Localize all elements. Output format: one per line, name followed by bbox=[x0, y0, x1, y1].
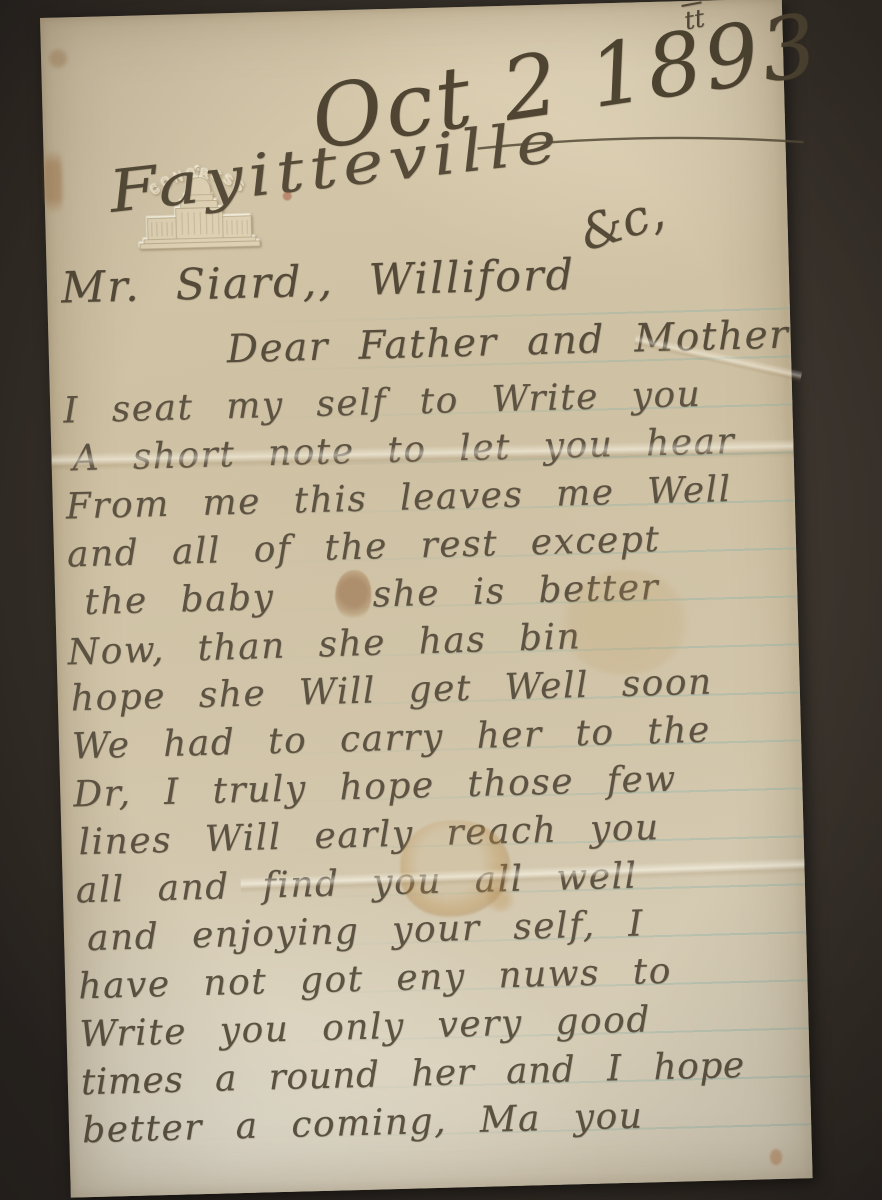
photo-background: CONGRESS tt Oct 2 1893 bbox=[0, 0, 882, 1200]
letter-paper: CONGRESS tt Oct 2 1893 bbox=[40, 0, 813, 1198]
letter-body: I seat my self to Write you A short note… bbox=[63, 369, 807, 1156]
etcetera-line: &c, bbox=[573, 183, 671, 262]
stain bbox=[49, 49, 67, 67]
stain bbox=[43, 142, 63, 220]
